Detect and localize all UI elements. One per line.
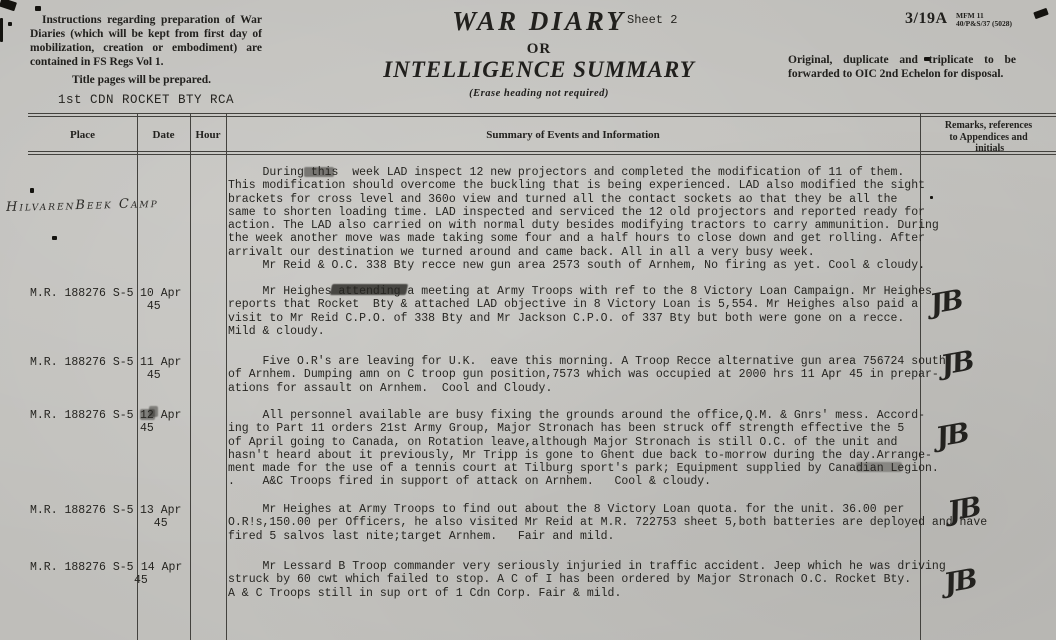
scan-artifact	[52, 236, 57, 240]
page-subtitle: INTELLIGENCE SUMMARY	[348, 57, 730, 83]
or-label: OR	[398, 41, 680, 58]
divider-date-hour	[190, 113, 191, 640]
table-top-rule-1	[28, 113, 1056, 114]
initials-signature: JB	[946, 491, 983, 527]
summary-entry: Mr Heighes attending a meeting at Army T…	[228, 285, 922, 338]
initials-signature: JB	[942, 563, 979, 599]
summary-entry: All personnel available are busy fixing …	[228, 409, 922, 489]
unit-name: 1st CDN ROCKET BTY RCA	[58, 94, 234, 107]
scan-artifact	[0, 18, 3, 42]
sheet-number: Sheet 2	[627, 14, 677, 27]
date-entry: 10 Apr 45	[140, 287, 181, 314]
column-header-hour: Hour	[190, 129, 226, 141]
place-entry: M.R. 188276 S-5	[30, 561, 134, 574]
initials-signature: JB	[939, 345, 976, 381]
scan-artifact	[1033, 8, 1049, 19]
instructions-note: Instructions regarding preparation of Wa…	[30, 13, 262, 69]
title-pages-note: Title pages will be prepared.	[72, 74, 211, 86]
place-entry-handwritten: HilvarenBeek Camp	[6, 196, 159, 215]
place-entry: M.R. 188276 S-5	[30, 356, 134, 369]
scan-artifact	[30, 188, 34, 193]
table-top-rule-2	[28, 116, 1056, 117]
place-entry: M.R. 188276 S-5	[30, 504, 134, 517]
date-entry: 11 Apr 45	[140, 356, 181, 383]
summary-entry: Mr Lessard B Troop commander very seriou…	[228, 560, 922, 600]
form-small-print-2: 40/P&S/37 (5028)	[956, 19, 1012, 28]
erase-heading-note: (Erase heading not required)	[398, 88, 680, 99]
summary-entry: Five O.R's are leaving for U.K. eave thi…	[228, 355, 922, 395]
summary-entry: Mr Heighes at Army Troops to find out ab…	[228, 503, 922, 543]
date-entry: 13 Apr 45	[140, 504, 181, 531]
date-entry: 12 Apr 45	[140, 409, 181, 436]
place-entry: M.R. 188276 S-5	[30, 287, 134, 300]
form-number: 3/19A	[905, 10, 948, 28]
scan-artifact	[0, 0, 17, 11]
table-header-rule-2	[28, 154, 1056, 155]
place-entry: M.R. 188276 S-5	[30, 409, 134, 422]
table-header-rule-1	[28, 151, 1056, 152]
column-header-summary: Summary of Events and Information	[226, 129, 920, 141]
summary-entry: During this week LAD inspect 12 new proj…	[228, 166, 922, 272]
divider-hour-summary	[226, 113, 227, 640]
initials-signature: JB	[928, 284, 965, 320]
disposal-note: Original, duplicate and triplicate to be…	[788, 54, 1016, 81]
column-header-place: Place	[28, 129, 137, 141]
scan-artifact	[930, 196, 933, 199]
date-entry: 14 Apr 45	[134, 561, 182, 588]
column-header-date: Date	[137, 129, 190, 141]
scan-artifact	[35, 6, 41, 11]
column-header-remarks: Remarks, references to Appendices and in…	[921, 120, 1056, 155]
initials-signature: JB	[934, 417, 971, 453]
scan-artifact	[8, 22, 12, 26]
